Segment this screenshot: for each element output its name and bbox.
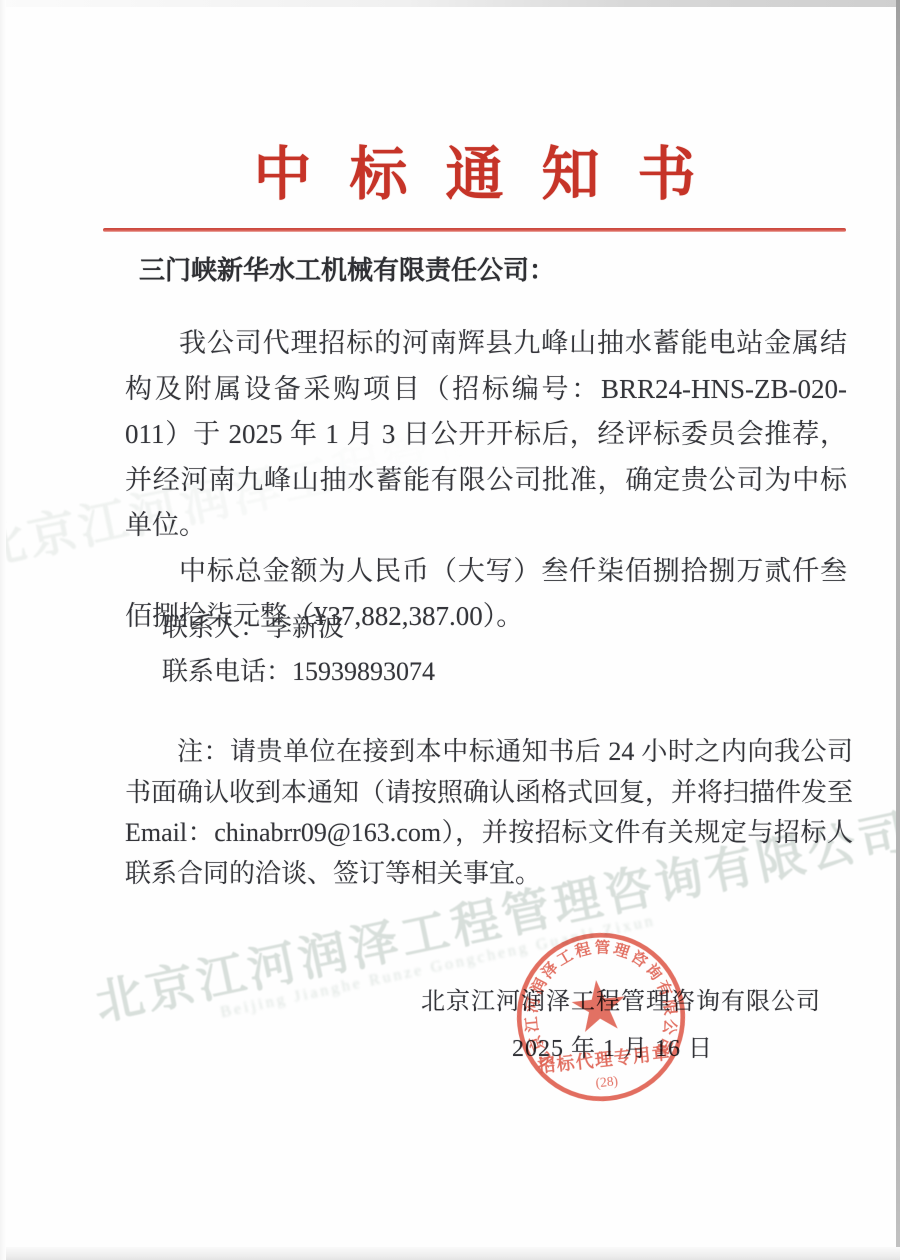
scan-edge-right <box>896 0 900 1260</box>
scan-edge-left <box>0 0 6 1260</box>
addressee-line: 三门峡新华水工机械有限责任公司： <box>139 250 555 287</box>
seal-label-text: 招标代理专用章 <box>536 1043 672 1077</box>
company-seal: 北京江河润泽工程管理咨询有限公司 招标代理专用章 (28) <box>504 920 697 1113</box>
contact-phone-line: 联系电话：15939893074 <box>162 650 435 694</box>
scan-edge-bottom <box>0 1247 900 1260</box>
note-block: 注：请贵单位在接到本中标通知书后 24 小时之内向我公司书面确认收到本通知（请按… <box>125 732 853 894</box>
paragraph-project-award: 我公司代理招标的河南辉县九峰山抽水蓄能电站金属结构及附属设备采购项目（招标编号：… <box>125 321 847 549</box>
scan-edge-top <box>0 0 900 7</box>
scanned-award-notice-page: 北京江河润泽工程管理咨询有限公司 北京江河润泽工程管理咨询有限公司 Beijin… <box>0 0 900 1260</box>
red-divider-line <box>103 228 846 232</box>
document-title: 中标通知书 <box>103 140 846 210</box>
body-paragraphs: 我公司代理招标的河南辉县九峰山抽水蓄能电站金属结构及附属设备采购项目（招标编号：… <box>125 321 847 640</box>
contact-person-line: 联系人：李新波 <box>162 606 435 650</box>
document-content: 中标通知书 三门峡新华水工机械有限责任公司： 我公司代理招标的河南辉县九峰山抽水… <box>0 0 900 1260</box>
seal-number-text: (28) <box>595 1073 619 1090</box>
note-paragraph: 注：请贵单位在接到本中标通知书后 24 小时之内向我公司书面确认收到本通知（请按… <box>125 732 853 894</box>
seal-star-icon <box>570 977 628 1033</box>
contact-block: 联系人：李新波 联系电话：15939893074 <box>162 606 435 694</box>
